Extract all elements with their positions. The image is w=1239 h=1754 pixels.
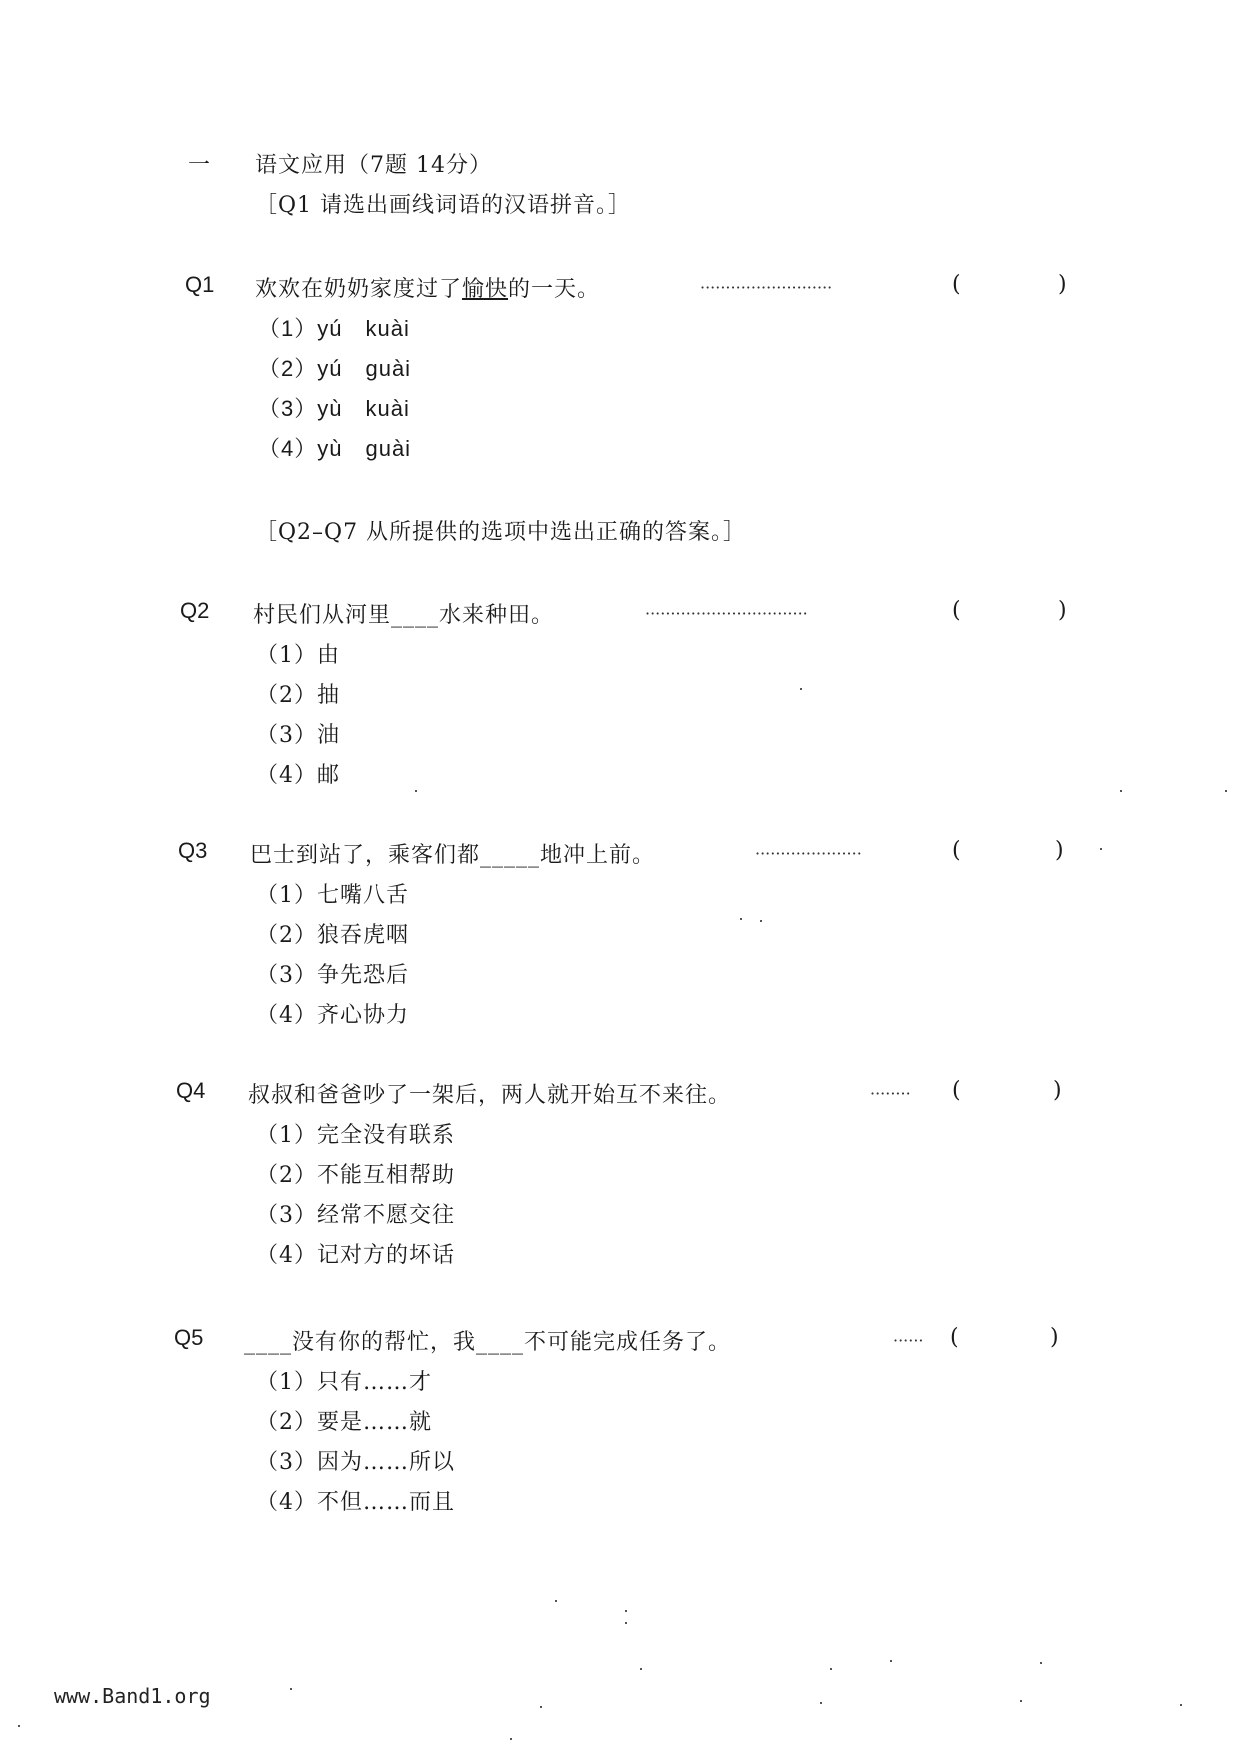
option-4[interactable]: （4）不但……而且 — [256, 1485, 455, 1516]
option-3[interactable]: （3）yù kuài — [258, 392, 410, 423]
question-label: Q1 — [185, 272, 214, 298]
leader-dots: ········ — [870, 1084, 911, 1103]
question-label: Q3 — [178, 838, 207, 864]
scan-speck — [740, 918, 742, 920]
scan-speck — [1225, 790, 1227, 792]
question-label: Q4 — [176, 1078, 205, 1104]
option-1[interactable]: （1）只有……才 — [256, 1365, 432, 1396]
option-4[interactable]: （4）邮 — [256, 758, 340, 789]
scan-speck — [18, 1725, 20, 1727]
scan-speck — [1020, 1700, 1022, 1702]
underlined-word: 愉快 — [462, 277, 508, 302]
answer-bracket-close: ) — [1055, 838, 1064, 863]
scan-speck — [820, 1702, 822, 1704]
leader-dots: ································ — [645, 604, 808, 623]
option-2[interactable]: （2）要是……就 — [256, 1405, 432, 1436]
answer-bracket-open: ( — [952, 838, 961, 863]
option-3[interactable]: （3）争先恐后 — [256, 958, 409, 989]
question-label: Q5 — [174, 1325, 203, 1351]
question-stem: 欢欢在奶奶家度过了愉快的一天。 — [255, 272, 600, 303]
section-number: 一 — [188, 148, 210, 179]
scan-speck — [640, 1668, 642, 1670]
question-stem: ____没有你的帮忙，我____不可能完成任务了。 — [244, 1325, 731, 1356]
answer-bracket-close: ) — [1050, 1325, 1059, 1350]
instruction-q2-q7: ［Q2–Q7 从所提供的选项中选出正确的答案。］ — [255, 515, 746, 546]
section-title: 语文应用（7题 14分） — [255, 148, 492, 179]
scan-speck — [1180, 1704, 1182, 1706]
scan-speck — [625, 1610, 627, 1612]
option-1[interactable]: （1）七嘴八舌 — [256, 878, 409, 909]
option-4[interactable]: （4）记对方的坏话 — [256, 1238, 455, 1269]
scan-speck — [1120, 790, 1122, 792]
question-stem: 巴士到站了，乘客们都_____地冲上前。 — [250, 838, 655, 869]
option-4[interactable]: （4）yù guài — [258, 432, 411, 463]
leader-dots: ····················· — [755, 844, 862, 863]
scan-speck — [800, 688, 802, 690]
option-2[interactable]: （2）yú guài — [258, 352, 411, 383]
scan-speck — [830, 1668, 832, 1670]
answer-bracket-open: ( — [952, 598, 961, 623]
footer-watermark: www.Band1.org — [54, 1684, 211, 1708]
option-2[interactable]: （2）不能互相帮助 — [256, 1158, 455, 1189]
scan-speck — [510, 1738, 512, 1740]
option-3[interactable]: （3）经常不愿交往 — [256, 1198, 455, 1229]
answer-bracket-close: ) — [1058, 272, 1067, 297]
scan-speck — [415, 790, 417, 792]
scan-speck — [290, 1688, 292, 1690]
answer-bracket-close: ) — [1053, 1078, 1062, 1103]
scan-speck — [625, 1622, 627, 1624]
scan-speck — [760, 920, 762, 922]
scan-speck — [1040, 1662, 1042, 1664]
question-stem: 村民们从河里____水来种田。 — [253, 598, 554, 629]
answer-bracket-open: ( — [952, 272, 961, 297]
stem-text: 欢欢在奶奶家度过了 — [255, 277, 462, 302]
scan-speck — [1100, 848, 1102, 850]
option-2[interactable]: （2）狼吞虎咽 — [256, 918, 409, 949]
answer-bracket-open: ( — [952, 1078, 961, 1103]
stem-text: 的一天。 — [508, 277, 600, 302]
option-3[interactable]: （3）油 — [256, 718, 340, 749]
scan-speck — [890, 1660, 892, 1662]
option-1[interactable]: （1）完全没有联系 — [256, 1118, 455, 1149]
option-1[interactable]: （1）由 — [256, 638, 340, 669]
question-label: Q2 — [180, 598, 209, 624]
scan-speck — [555, 1600, 557, 1602]
instruction-q1: ［Q1 请选出画线词语的汉语拼音。］ — [255, 188, 631, 219]
leader-dots: ·························· — [700, 278, 832, 297]
option-4[interactable]: （4）齐心协力 — [256, 998, 409, 1029]
answer-bracket-open: ( — [950, 1325, 959, 1350]
question-stem: 叔叔和爸爸吵了一架后，两人就开始互不来往。 — [248, 1078, 731, 1109]
option-3[interactable]: （3）因为……所以 — [256, 1445, 455, 1476]
option-1[interactable]: （1）yú kuài — [258, 312, 410, 343]
option-2[interactable]: （2）抽 — [256, 678, 340, 709]
scan-speck — [540, 1706, 542, 1708]
answer-bracket-close: ) — [1058, 598, 1067, 623]
leader-dots: ······ — [893, 1331, 924, 1350]
